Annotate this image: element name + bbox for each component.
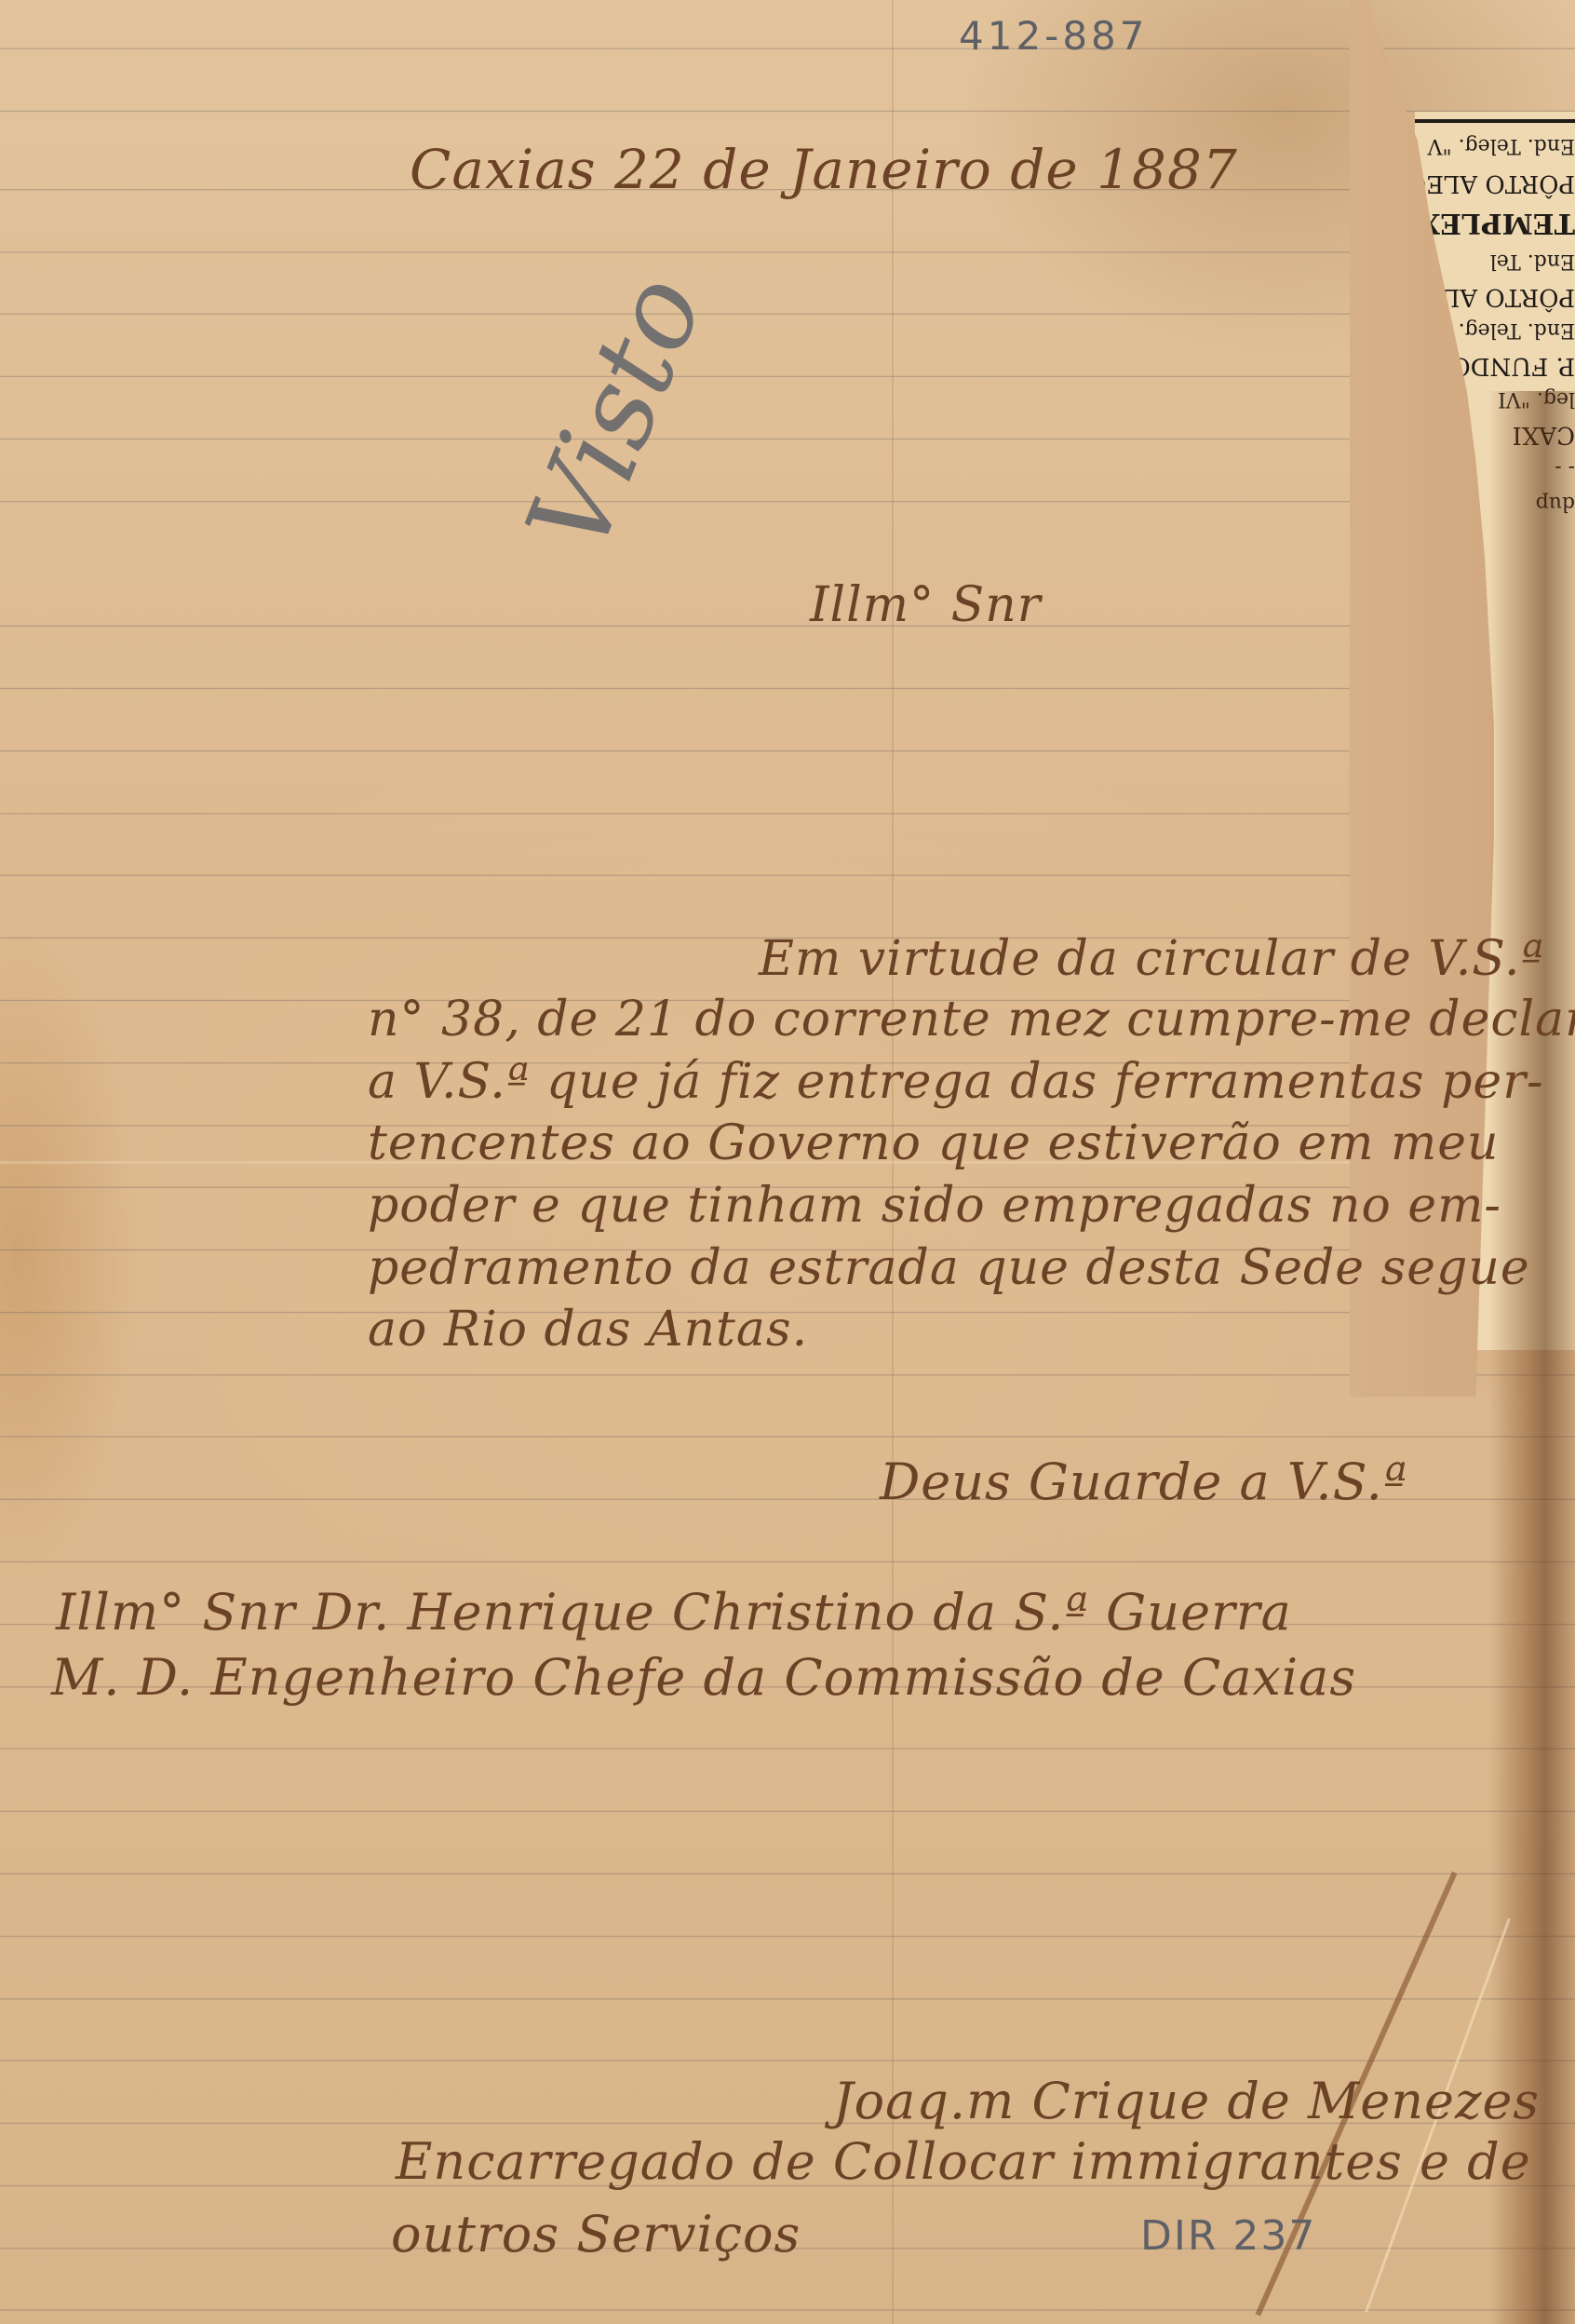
- newspaper-rule: [1415, 119, 1575, 123]
- addressee-line: M. D. Engenheiro Chefe da Commissão de C…: [51, 1648, 1356, 1707]
- signatory-title-line: Encarregado de Collocar immigrantes e de: [396, 2132, 1531, 2191]
- body-line: tencentes ao Governo que estiverão em me…: [368, 1115, 1500, 1171]
- newspaper-line: TEMPLEX: [1415, 207, 1575, 239]
- addressee-line: Illm° Snr Dr. Henrique Christino da S.ª …: [56, 1583, 1292, 1642]
- body-line: Em virtude da circular de V.S.ª: [759, 931, 1544, 987]
- signatory-title-line: outros Serviços: [391, 2205, 801, 2263]
- salutation: Illm° Snr: [810, 577, 1042, 633]
- body-line: a V.S.ª que já fiz entrega das ferrament…: [368, 1054, 1544, 1110]
- closing: Deus Guarde a V.S.ª: [880, 1452, 1408, 1511]
- water-stain: [1489, 391, 1575, 2324]
- newspaper-line: PÔRTO ALEGR: [1415, 169, 1575, 197]
- letter-page: End. Teleg. "V PÔRTO ALEGR TEMPLEX End. …: [0, 0, 1575, 2324]
- body-line: n° 38, de 21 do corrente mez cumpre-me d…: [368, 992, 1575, 1047]
- body-line: poder e que tinham sido empregadas no em…: [368, 1178, 1501, 1234]
- newspaper-line: End. Teleg. "V: [1415, 134, 1575, 157]
- body-line: pedramento da estrada que desta Sede seg…: [368, 1240, 1530, 1296]
- archive-reference-bottom: DIR 237: [1140, 2212, 1316, 2260]
- dateline: Caxias 22 de Janeiro de 1887: [410, 138, 1238, 201]
- archive-reference-top: 412-887: [959, 13, 1149, 59]
- body-line: ao Rio das Antas.: [368, 1302, 808, 1358]
- signature: Joaq.m Crique de Menezes: [833, 2072, 1540, 2130]
